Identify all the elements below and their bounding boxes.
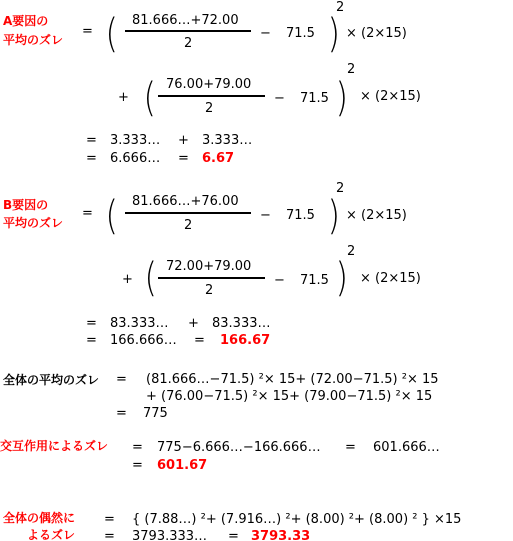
a-step1-equals: = bbox=[86, 133, 97, 149]
error-equals3: = bbox=[228, 529, 239, 541]
a-term2-denominator: 2 bbox=[205, 101, 213, 117]
fraction-bar bbox=[158, 95, 265, 97]
b-step1-equals: = bbox=[86, 316, 97, 332]
b-term1-denominator: 2 bbox=[184, 218, 192, 234]
error-equals: = bbox=[104, 512, 115, 528]
a-term1-denominator: 2 bbox=[184, 36, 192, 52]
a-term2-mult: × (2×15) bbox=[360, 89, 421, 105]
a-term2-mean: 71.5 bbox=[300, 91, 329, 107]
fraction-bar bbox=[125, 30, 251, 32]
b-term2-mean: 71.5 bbox=[300, 273, 329, 289]
b-term2-denominator: 2 bbox=[205, 283, 213, 299]
interaction-equals3: = bbox=[132, 458, 143, 474]
a-label-line1: A要因の bbox=[3, 12, 48, 31]
b-label-line2: 平均のズレ bbox=[3, 214, 63, 233]
interaction-value: 601.666… bbox=[373, 440, 440, 456]
a-term1-minus: − bbox=[260, 26, 271, 42]
total-result: 775 bbox=[143, 406, 168, 422]
b-step2-a: 166.666… bbox=[110, 333, 177, 349]
interaction-expr: 775−6.666…−166.666… bbox=[157, 440, 321, 456]
error-equals2: = bbox=[104, 529, 115, 541]
close-paren-icon: ) bbox=[336, 258, 348, 298]
close-paren-icon: ) bbox=[336, 78, 348, 118]
b-term2-numerator: 72.00+79.00 bbox=[166, 259, 251, 275]
a-step2-a: 6.666… bbox=[110, 151, 160, 167]
close-paren-icon: ) bbox=[328, 14, 340, 54]
total-equals2: = bbox=[116, 406, 127, 422]
a-term2-numerator: 76.00+79.00 bbox=[166, 77, 251, 93]
open-paren-icon: ( bbox=[144, 78, 156, 118]
b-term1-minus: − bbox=[260, 208, 271, 224]
b-term1-mean: 71.5 bbox=[286, 208, 315, 224]
total-line1: (81.666…−71.5) ²× 15+ (72.00−71.5) ²× 15 bbox=[146, 372, 439, 388]
close-paren-icon: ) bbox=[328, 196, 340, 236]
b-term2-minus: − bbox=[274, 273, 285, 289]
fraction-bar bbox=[125, 212, 251, 214]
interaction-label: 交互作用によるズレ bbox=[0, 437, 108, 456]
a-step2-equals2: = bbox=[178, 151, 189, 167]
b-equals: = bbox=[82, 206, 93, 222]
b-plus: + bbox=[122, 272, 133, 288]
interaction-equals2: = bbox=[345, 440, 356, 456]
b-result: 166.67 bbox=[220, 333, 270, 349]
a-term2-exponent: 2 bbox=[347, 62, 355, 77]
a-term1-mean: 71.5 bbox=[286, 26, 315, 42]
a-term1-mult: × (2×15) bbox=[346, 26, 407, 42]
fraction-bar bbox=[158, 277, 265, 279]
a-step1-op: + bbox=[178, 133, 189, 149]
total-line2: + (76.00−71.5) ²× 15+ (79.00−71.5) ²× 15 bbox=[146, 389, 432, 405]
error-label-line2: よるズレ bbox=[27, 526, 75, 541]
a-term2-minus: − bbox=[274, 91, 285, 107]
a-plus: + bbox=[118, 90, 129, 106]
b-step1-op: + bbox=[188, 316, 199, 332]
interaction-result: 601.67 bbox=[157, 458, 207, 474]
error-result: 3793.33 bbox=[251, 529, 310, 541]
a-term1-exponent: 2 bbox=[336, 0, 344, 15]
interaction-equals: = bbox=[132, 440, 143, 456]
a-step2-equals: = bbox=[86, 151, 97, 167]
b-term1-exponent: 2 bbox=[336, 181, 344, 196]
a-term1-numerator: 81.666…+72.00 bbox=[132, 13, 239, 29]
a-equals: = bbox=[82, 24, 93, 40]
open-paren-icon: ( bbox=[106, 14, 118, 54]
open-paren-icon: ( bbox=[145, 258, 157, 298]
b-step2-equals: = bbox=[86, 333, 97, 349]
b-term1-numerator: 81.666…+76.00 bbox=[132, 194, 239, 210]
a-label-line2: 平均のズレ bbox=[3, 31, 63, 50]
open-paren-icon: ( bbox=[106, 196, 118, 236]
b-term2-exponent: 2 bbox=[347, 244, 355, 259]
b-step1-b: 83.333… bbox=[212, 316, 271, 332]
error-expr: { (7.88…) ²+ (7.916…) ²+ (8.00) ²+ (8.00… bbox=[132, 512, 461, 528]
total-equals: = bbox=[116, 372, 127, 388]
b-term1-mult: × (2×15) bbox=[346, 208, 407, 224]
a-result: 6.67 bbox=[202, 151, 234, 167]
b-step1-a: 83.333… bbox=[110, 316, 169, 332]
a-step1-a: 3.333… bbox=[110, 133, 160, 149]
a-step1-b: 3.333… bbox=[202, 133, 252, 149]
b-term2-mult: × (2×15) bbox=[360, 271, 421, 287]
b-step2-equals2: = bbox=[194, 333, 205, 349]
total-label: 全体の平均のズレ bbox=[3, 372, 99, 388]
error-value: 3793.333… bbox=[132, 529, 207, 541]
b-label-line1: B要因の bbox=[3, 196, 48, 215]
